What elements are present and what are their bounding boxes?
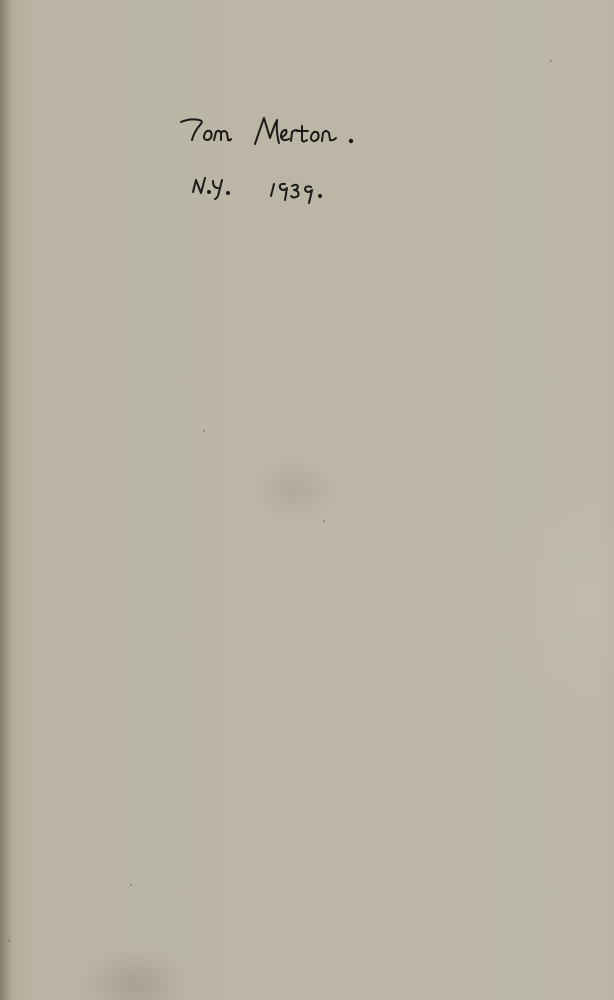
paper-speck: [8, 940, 10, 942]
handwritten-inscription: Tom Merton. N.Y. 1939.: [0, 0, 614, 260]
book-page: Tom Merton. N.Y. 1939.: [0, 0, 614, 1000]
inscription-year: 1939.: [268, 168, 337, 196]
inscription-place: N.Y.: [190, 168, 237, 196]
paper-speck: [130, 884, 132, 886]
paper-speck: [323, 520, 325, 522]
paper-speck: [203, 430, 205, 432]
